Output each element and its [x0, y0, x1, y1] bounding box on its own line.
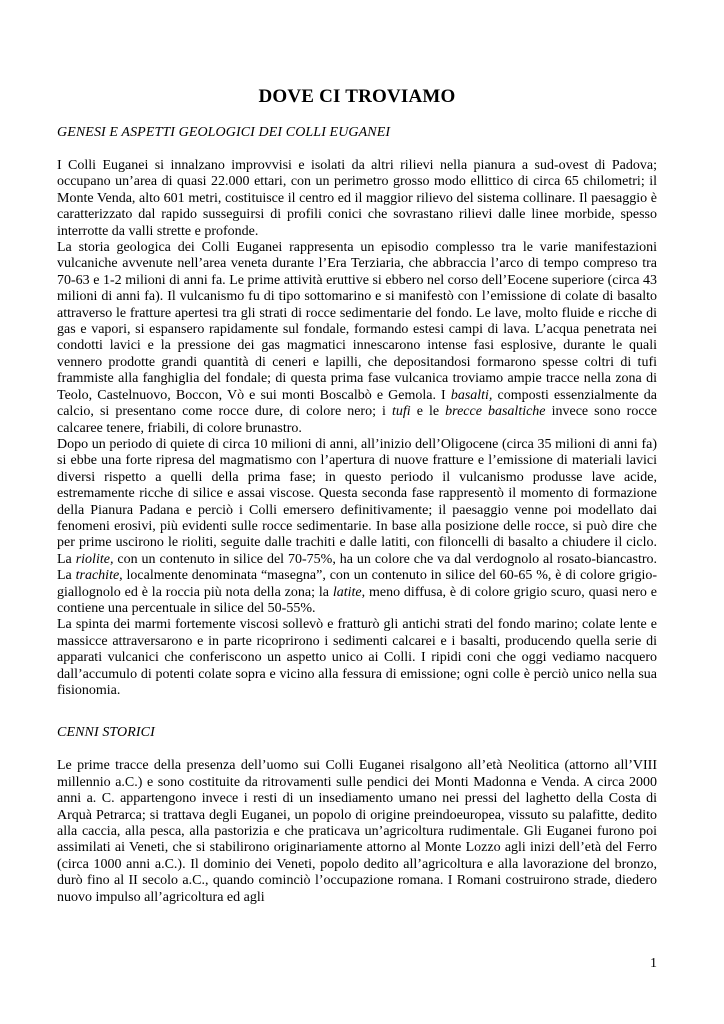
- section-heading-genesi: GENESI E ASPETTI GEOLOGICI DEI COLLI EUG…: [57, 125, 657, 141]
- paragraph: Le prime tracce della presenza dell’uomo…: [57, 758, 657, 906]
- page-title: DOVE CI TROVIAMO: [57, 86, 657, 108]
- paragraph: Dopo un periodo di quiete di circa 10 mi…: [57, 437, 657, 617]
- section-heading-cenni-storici: CENNI STORICI: [57, 725, 657, 741]
- section-cenni-storici-paragraphs: Le prime tracce della presenza dell’uomo…: [57, 758, 657, 906]
- paragraph: I Colli Euganei si innalzano improvvisi …: [57, 158, 657, 240]
- section-cenni-storici: CENNI STORICI Le prime tracce della pres…: [57, 725, 657, 906]
- document-page: DOVE CI TROVIAMO GENESI E ASPETTI GEOLOG…: [0, 0, 724, 1024]
- section-genesi-geologia: GENESI E ASPETTI GEOLOGICI DEI COLLI EUG…: [57, 125, 657, 699]
- paragraph: La spinta dei marmi fortemente viscosi s…: [57, 617, 657, 699]
- paragraph: La storia geologica dei Colli Euganei ra…: [57, 240, 657, 437]
- section-genesi-paragraphs: I Colli Euganei si innalzano improvvisi …: [57, 158, 657, 699]
- page-number: 1: [650, 956, 657, 972]
